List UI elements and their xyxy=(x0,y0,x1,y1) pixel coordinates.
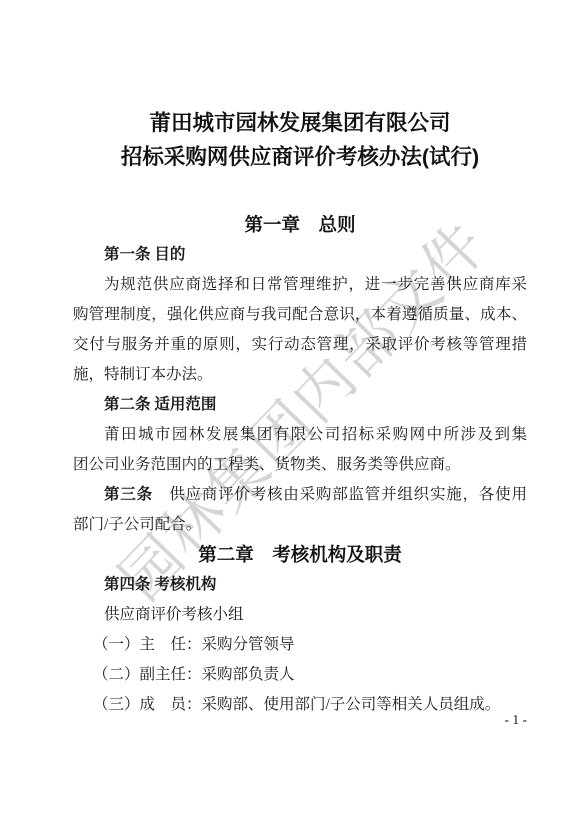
chapter-1-heading: 第一章 总则 xyxy=(73,210,527,240)
paragraph-line: 施，特制订本办法。 xyxy=(73,360,527,390)
paragraph-line: 第三条 供应商评价考核由采购部监管并组织实施，各使用 xyxy=(73,480,527,510)
clause-4-heading: 第四条 考核机构 xyxy=(73,570,527,600)
page-number: - 1 - xyxy=(73,712,527,728)
paragraph-line: 为规范供应商选择和日常管理维护，进一步完善供应商库采 xyxy=(73,270,527,300)
paragraph-line: 购管理制度，强化供应商与我司配合意识，本着遵循质量、成本、 xyxy=(73,300,527,330)
list-item: （二）副主任：采购部负责人 xyxy=(73,660,527,690)
chapter-2-heading: 第二章 考核机构及职责 xyxy=(73,540,527,570)
clause-1-heading: 第一条 目的 xyxy=(73,240,527,270)
paragraph-line: 莆田城市园林发展集团有限公司招标采购网中所涉及到集 xyxy=(73,420,527,450)
paragraph-line: 团公司业务范围内的工程类、货物类、服务类等供应商。 xyxy=(73,450,527,480)
doc-title-line-2: 招标采购网供应商评价考核办法(试行) xyxy=(73,140,527,174)
paragraph-line: 供应商评价考核小组 xyxy=(73,600,527,630)
document-page: 园林集团内部文件 莆田城市园林发展集团有限公司 招标采购网供应商评价考核办法(试… xyxy=(0,0,585,832)
clause-3-label: 第三条 xyxy=(104,486,153,503)
clause-2-heading: 第二条 适用范围 xyxy=(73,390,527,420)
paragraph-line: 交付与服务并重的原则，实行动态管理，采取评价考核等管理措 xyxy=(73,330,527,360)
clause-3-text: 供应商评价考核由采购部监管并组织实施，各使用 xyxy=(153,486,527,503)
doc-title-line-1: 莆田城市园林发展集团有限公司 xyxy=(73,106,527,140)
list-item: （一）主 任：采购分管领导 xyxy=(73,630,527,660)
paragraph-line: 部门/子公司配合。 xyxy=(73,510,527,540)
document-content: 莆田城市园林发展集团有限公司 招标采购网供应商评价考核办法(试行) 第一章 总则… xyxy=(73,0,527,720)
